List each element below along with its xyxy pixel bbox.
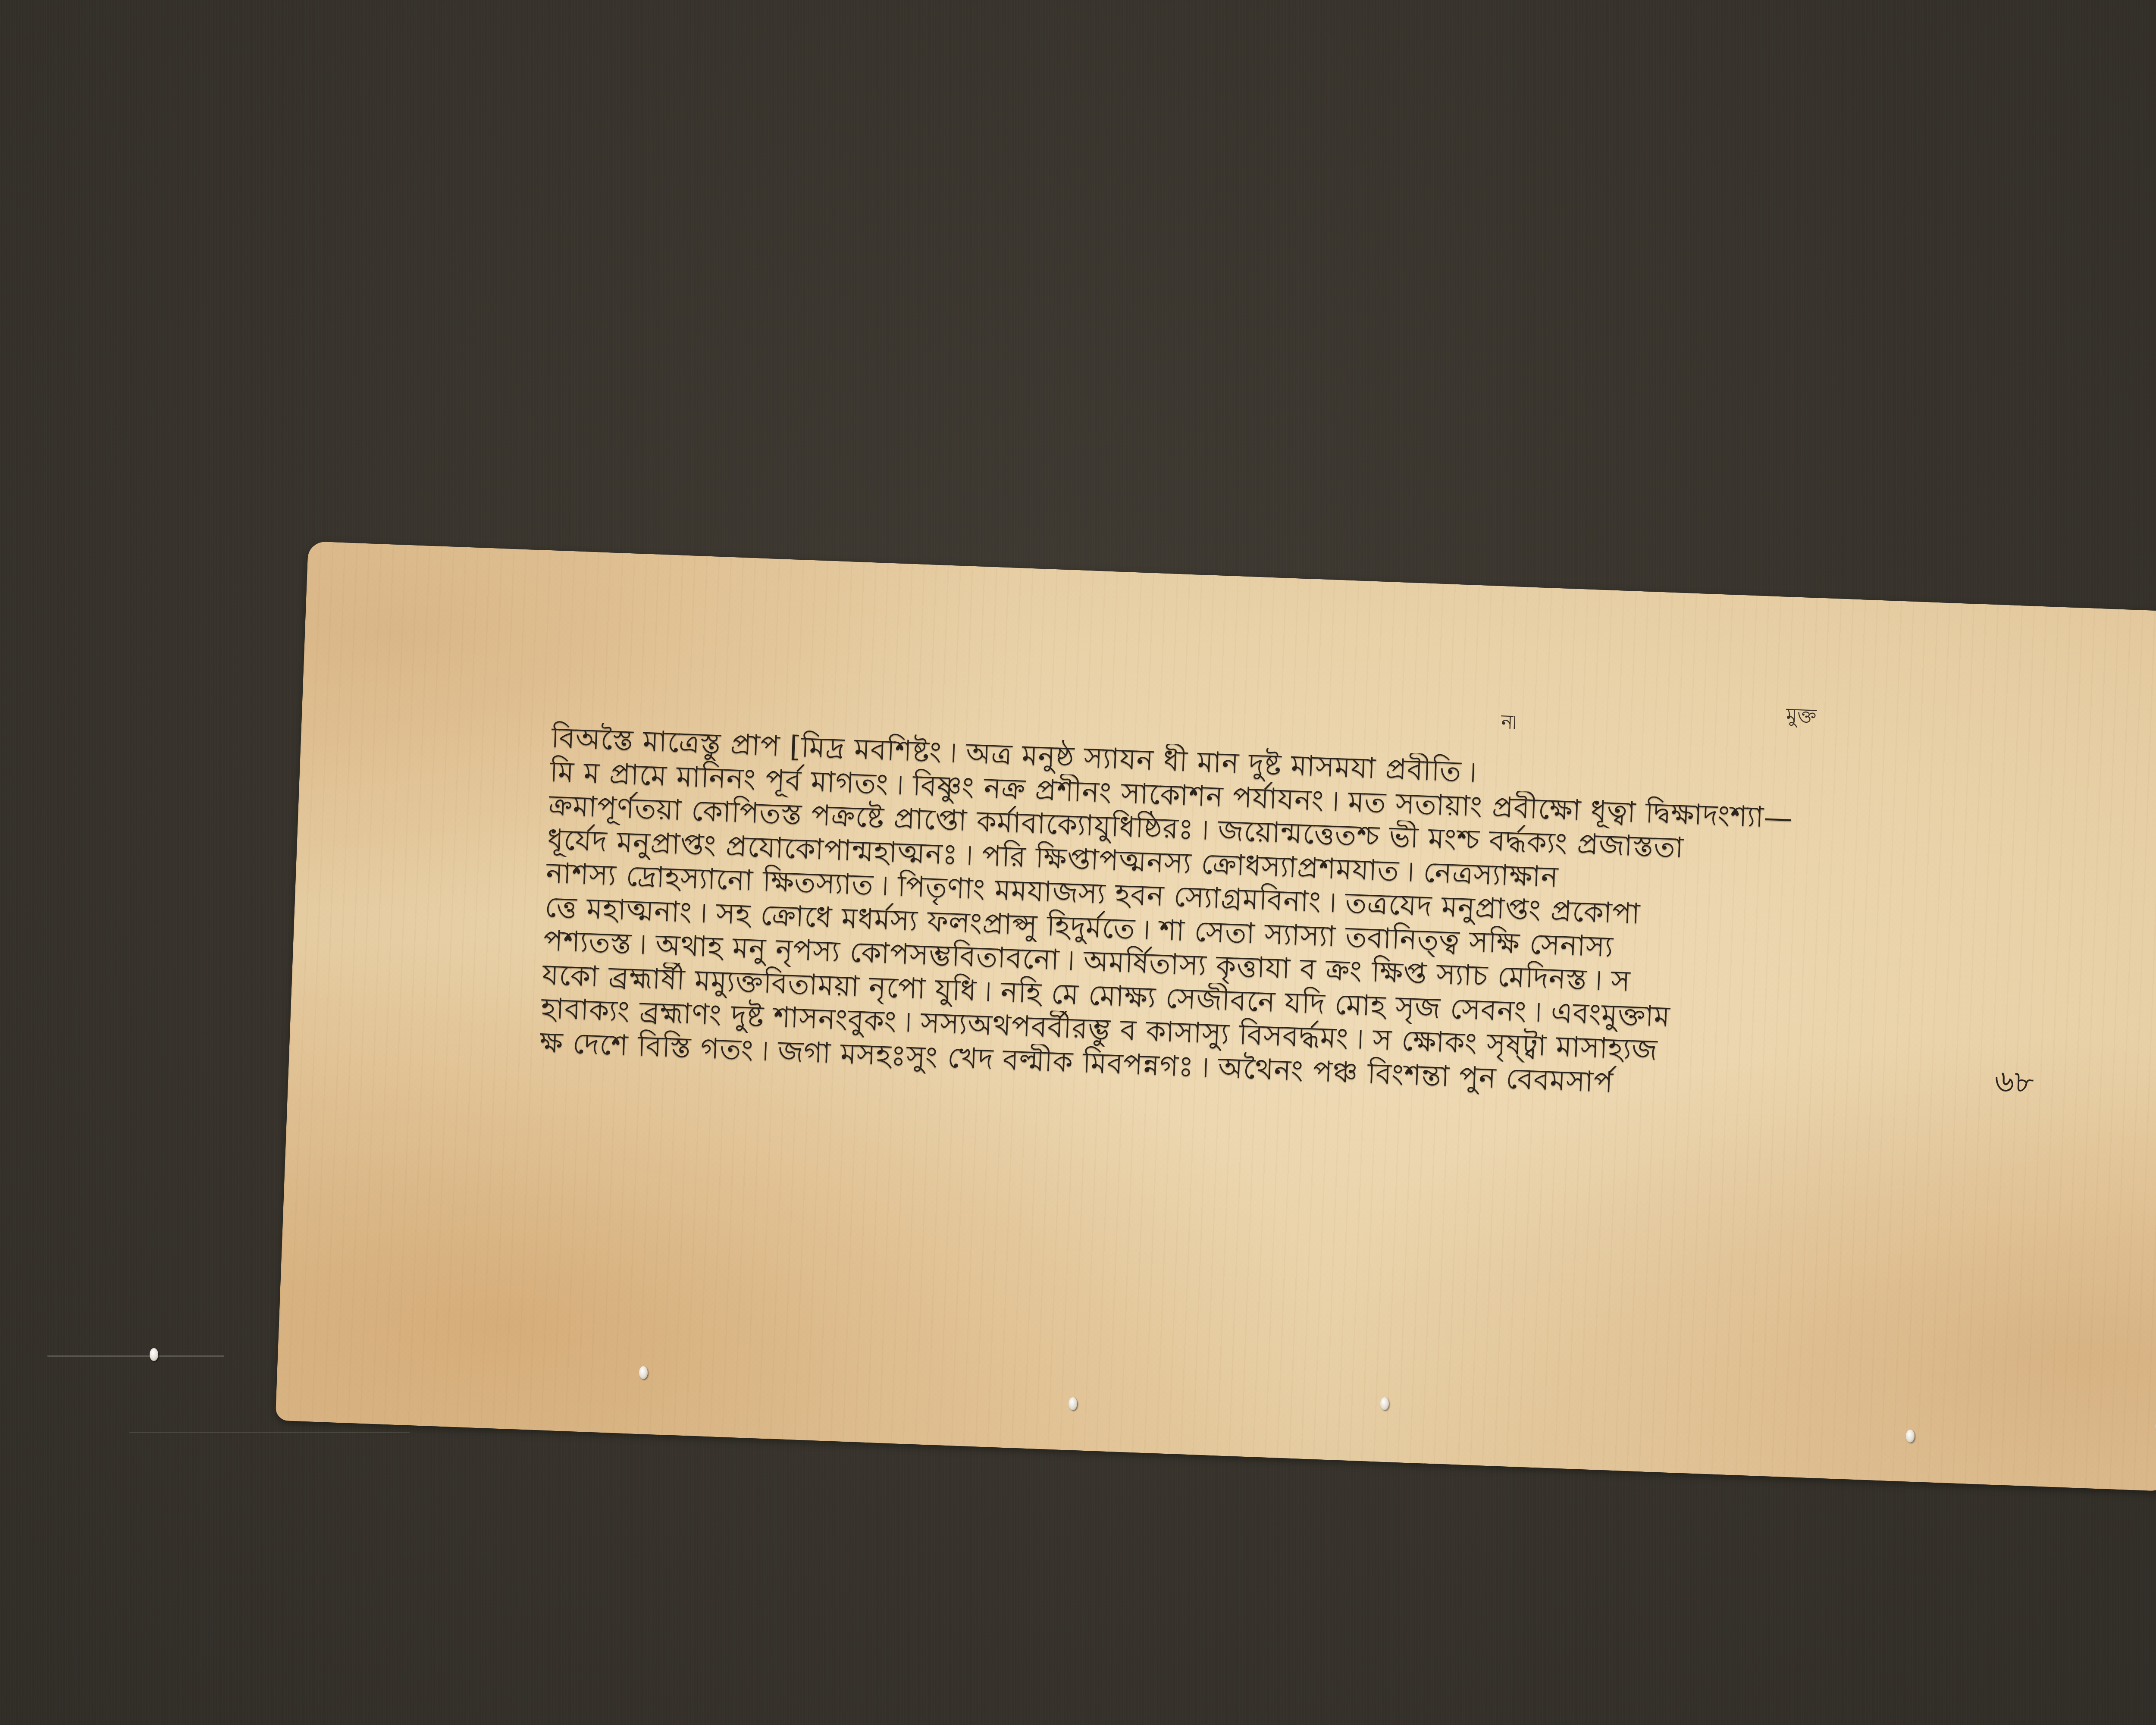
manuscript-leaf: ন৷ মুক্ত বিঅস্তৈ মাত্রেস্তু প্রাপ [মিদ্র… xyxy=(275,541,2156,1492)
mounting-pin xyxy=(1906,1430,1915,1443)
mounting-pin xyxy=(1069,1397,1077,1410)
board-scratch xyxy=(47,1355,224,1357)
mounting-pin xyxy=(1380,1397,1389,1410)
marginal-note: মুক্ত xyxy=(1786,700,1817,734)
marginal-note: ন৷ xyxy=(1501,707,1517,740)
manuscript-text: বিঅস্তৈ মাত্রেস্তু প্রাপ [মিদ্র মবশিষ্টং… xyxy=(539,721,1991,1113)
folio-number: ৬৮ xyxy=(1993,1058,2034,1110)
board-scratch xyxy=(129,1432,410,1433)
mounting-pin xyxy=(639,1366,648,1379)
mounting-pin xyxy=(150,1348,158,1361)
